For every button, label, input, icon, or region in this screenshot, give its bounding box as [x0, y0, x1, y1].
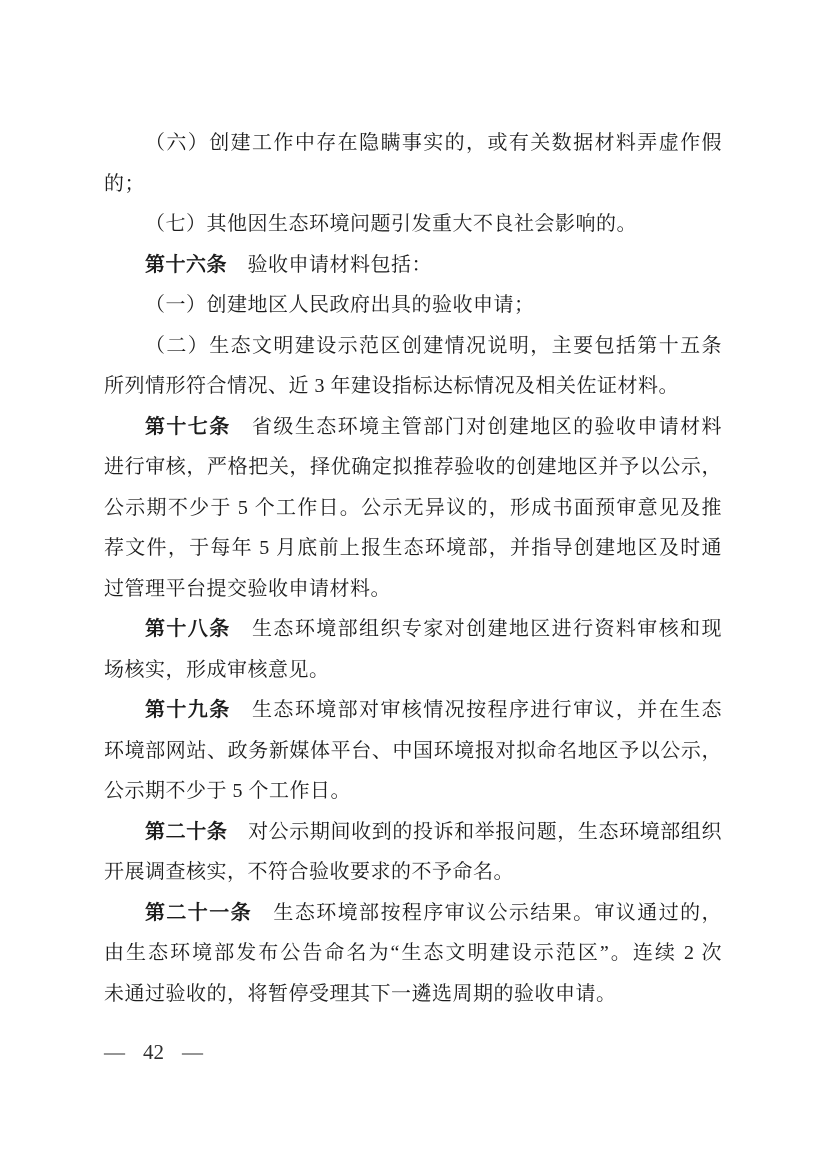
text-line: （一）创建地区人民政府出具的验收申请；	[104, 285, 722, 326]
line-text: 荐文件，于每年 5 月底前上报生态环境部，并指导创建地区及时通	[104, 537, 722, 559]
text-line: （七）其他因生态环境问题引发重大不良社会影响的。	[104, 204, 722, 245]
text-line: 第十九条 生态环境部对审核情况按程序进行审议，并在生态	[104, 690, 722, 731]
text-line: 公示期不少于 5 个工作日。	[104, 771, 722, 812]
text-line: 第十六条 验收申请材料包括：	[104, 245, 722, 286]
text-line: 第二十一条 生态环境部按程序审议公示结果。审议通过的，	[104, 893, 722, 934]
line-text: 开展调查核实，不符合验收要求的不予命名。	[104, 861, 514, 883]
line-text: 公示期不少于 5 个工作日。公示无异议的，形成书面预审意见及推	[104, 497, 722, 519]
line-text: （二）生态文明建设示范区创建情况说明，主要包括第十五条	[145, 335, 722, 357]
line-text: 进行审核，严格把关，择优确定拟推荐验收的创建地区并予以公示，	[104, 456, 722, 478]
text-line: 场核实，形成审核意见。	[104, 650, 722, 691]
text-line: 公示期不少于 5 个工作日。公示无异议的，形成书面预审意见及推	[104, 488, 722, 529]
text-line: 所列情形符合情况、近 3 年建设指标达标情况及相关佐证材料。	[104, 366, 722, 407]
line-text: 由生态环境部发布公告命名为“生态文明建设示范区”。连续 2 次	[104, 942, 722, 964]
text-line: 环境部网站、政务新媒体平台、中国环境报对拟命名地区予以公示，	[104, 731, 722, 772]
line-text: 验收申请材料包括：	[227, 254, 432, 276]
text-line: （六）创建工作中存在隐瞒事实的，或有关数据材料弄虚作假	[104, 123, 722, 164]
line-text: 生态环境部组织专家对创建地区进行资料审核和现	[231, 618, 722, 640]
text-line: 由生态环境部发布公告命名为“生态文明建设示范区”。连续 2 次	[104, 933, 722, 974]
article-number: 第十七条	[145, 416, 231, 438]
article-number: 第二十条	[145, 821, 227, 843]
line-text: 场核实，形成审核意见。	[104, 659, 330, 681]
document-page: （六）创建工作中存在隐瞒事实的，或有关数据材料弄虚作假 的； （七）其他因生态环…	[0, 0, 826, 1169]
line-text: 对公示期间收到的投诉和举报问题，生态环境部组织	[227, 821, 722, 843]
article-number: 第二十一条	[145, 902, 252, 924]
text-line: 荐文件，于每年 5 月底前上报生态环境部，并指导创建地区及时通	[104, 528, 722, 569]
article-number: 第十六条	[145, 254, 227, 276]
line-text: 生态环境部按程序审议公示结果。审议通过的，	[252, 902, 722, 924]
text-line: 开展调查核实，不符合验收要求的不予命名。	[104, 852, 722, 893]
text-line: 进行审核，严格把关，择优确定拟推荐验收的创建地区并予以公示，	[104, 447, 722, 488]
line-text: 过管理平台提交验收申请材料。	[104, 578, 391, 600]
text-line: 第十八条 生态环境部组织专家对创建地区进行资料审核和现	[104, 609, 722, 650]
line-text: 公示期不少于 5 个工作日。	[104, 780, 351, 802]
line-text: 省级生态环境主管部门对创建地区的验收申请材料	[231, 416, 722, 438]
text-line: 的；	[104, 164, 722, 205]
line-text: 未通过验收的，将暂停受理其下一遴选周期的验收申请。	[104, 983, 617, 1005]
line-text: 环境部网站、政务新媒体平台、中国环境报对拟命名地区予以公示，	[104, 740, 722, 762]
line-text: （一）创建地区人民政府出具的验收申请；	[145, 294, 535, 316]
text-line: 第十七条 省级生态环境主管部门对创建地区的验收申请材料	[104, 407, 722, 448]
line-text: （七）其他因生态环境问题引发重大不良社会影响的。	[145, 213, 637, 235]
document-body: （六）创建工作中存在隐瞒事实的，或有关数据材料弄虚作假 的； （七）其他因生态环…	[104, 123, 722, 1014]
footer-right-dash: —	[182, 1040, 203, 1064]
line-text: （六）创建工作中存在隐瞒事实的，或有关数据材料弄虚作假	[145, 132, 722, 154]
article-number: 第十八条	[145, 618, 231, 640]
page-footer: —42—	[104, 1032, 203, 1072]
footer-left-dash: —	[104, 1040, 125, 1064]
text-line: 过管理平台提交验收申请材料。	[104, 569, 722, 610]
text-line: 未通过验收的，将暂停受理其下一遴选周期的验收申请。	[104, 974, 722, 1015]
line-text: 生态环境部对审核情况按程序进行审议，并在生态	[231, 699, 722, 721]
article-number: 第十九条	[145, 699, 231, 721]
line-text: 所列情形符合情况、近 3 年建设指标达标情况及相关佐证材料。	[104, 375, 679, 397]
text-line: （二）生态文明建设示范区创建情况说明，主要包括第十五条	[104, 326, 722, 367]
line-text: 的；	[104, 173, 145, 195]
page-number: 42	[143, 1040, 164, 1064]
text-line: 第二十条 对公示期间收到的投诉和举报问题，生态环境部组织	[104, 812, 722, 853]
